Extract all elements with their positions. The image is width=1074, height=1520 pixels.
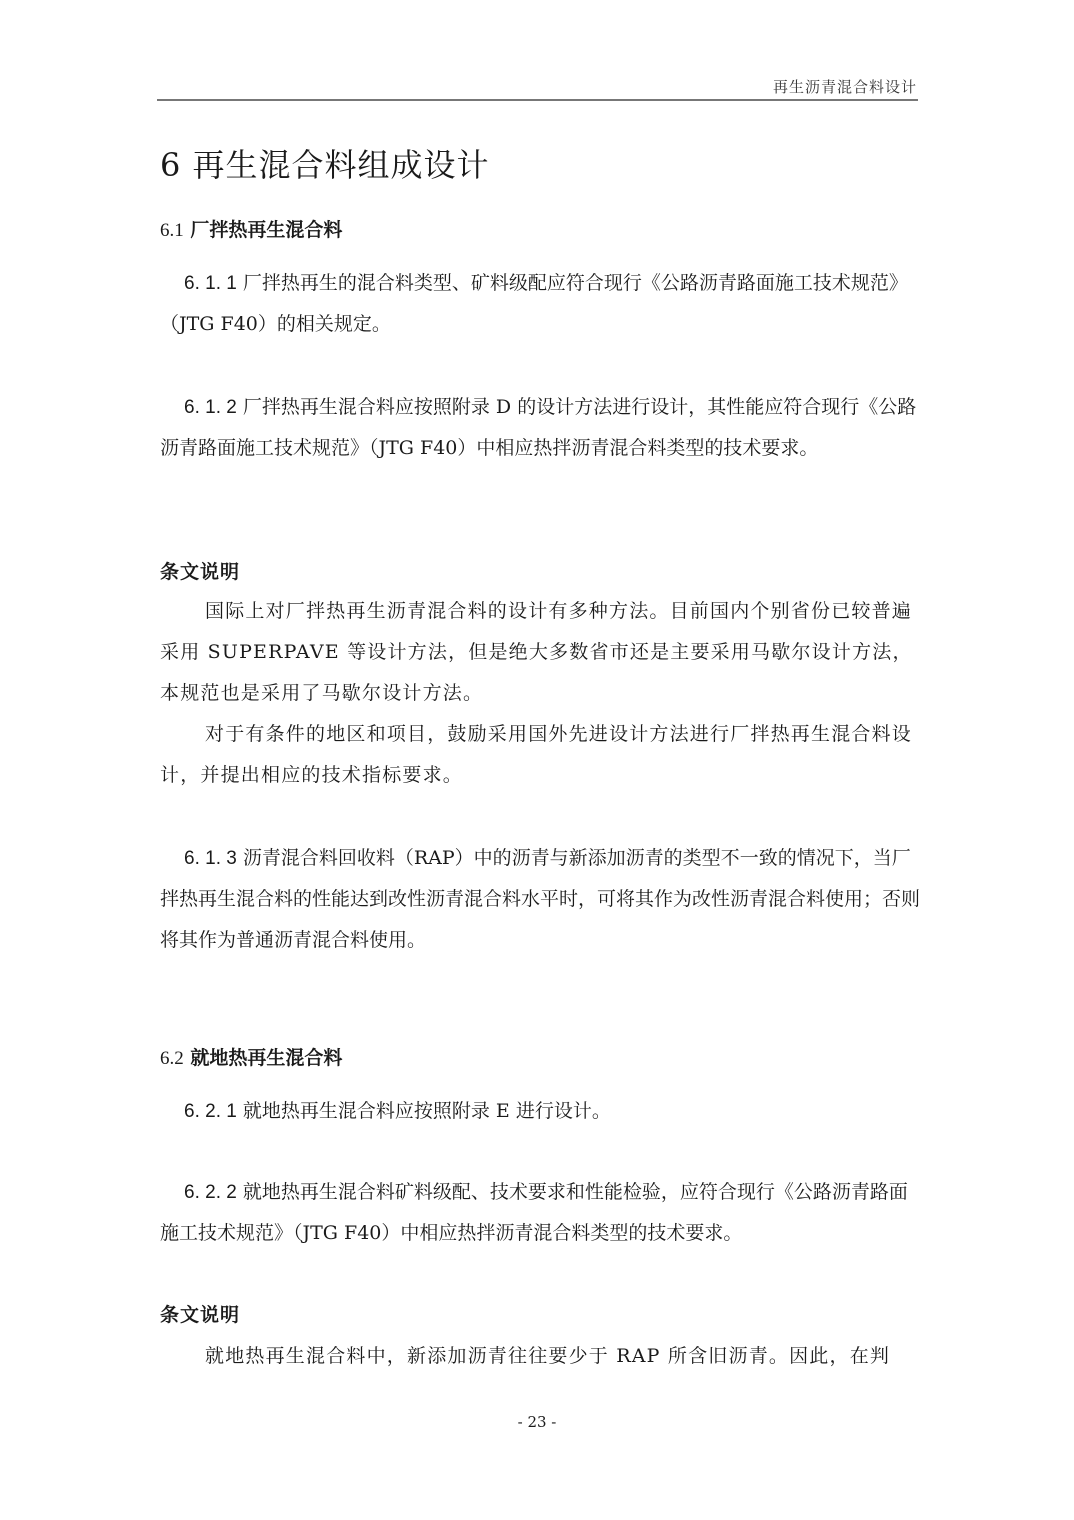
clause-number: 6. 1. 2	[184, 397, 237, 418]
note-title: 条文说明	[160, 1300, 240, 1327]
clause-number: 6. 1. 3	[184, 848, 237, 869]
clause-6-2-2: 6. 2. 2 就地热再生混合料矿料级配、技术要求和性能检验，应符合现行《公路沥…	[160, 1172, 920, 1254]
section-heading: 厂拌热再生混合料	[190, 219, 342, 241]
section-title-6-2: 6.2 就地热再生混合料	[160, 1043, 342, 1070]
page-number: - 23 -	[0, 1413, 1074, 1431]
clause-text: 沥青混合料回收料（RAP）中的沥青与新添加沥青的类型不一致的情况下，当厂拌热再生…	[160, 847, 920, 951]
clause-6-1-1: 6. 1. 1 厂拌热再生的混合料类型、矿料级配应符合现行《公路沥青路面施工技术…	[160, 263, 920, 345]
chapter-title: 6 再生混合料组成设计	[160, 140, 490, 186]
section-number: 6.2	[160, 1048, 184, 1069]
note-paragraph: 国际上对厂拌热再生沥青混合料的设计有多种方法。目前国内个别省份已较普遍采用 SU…	[160, 591, 920, 714]
clause-text: 厂拌热再生的混合料类型、矿料级配应符合现行《公路沥青路面施工技术规范》（JTG …	[160, 272, 908, 335]
clause-number: 6. 1. 1	[184, 273, 237, 294]
section-title-6-1: 6.1 厂拌热再生混合料	[160, 215, 342, 242]
section-heading: 就地热再生混合料	[190, 1047, 342, 1069]
note-paragraph: 对于有条件的地区和项目，鼓励采用国外先进设计方法进行厂拌热再生混合料设计，并提出…	[160, 714, 920, 796]
clause-number: 6. 2. 1	[184, 1101, 237, 1122]
clause-text: 就地热再生混合料矿料级配、技术要求和性能检验，应符合现行《公路沥青路面施工技术规…	[160, 1181, 908, 1244]
note-paragraph: 就地热再生混合料中，新添加沥青往往要少于 RAP 所含旧沥青。因此，在判	[160, 1336, 920, 1377]
clause-6-2-1: 6. 2. 1 就地热再生混合料应按照附录 E 进行设计。	[160, 1091, 920, 1132]
clause-6-1-2: 6. 1. 2 厂拌热再生混合料应按照附录 D 的设计方法进行设计，其性能应符合…	[160, 387, 920, 469]
clause-text: 厂拌热再生混合料应按照附录 D 的设计方法进行设计，其性能应符合现行《公路沥青路…	[160, 396, 916, 459]
clause-number: 6. 2. 2	[184, 1182, 237, 1203]
clause-6-1-3: 6. 1. 3 沥青混合料回收料（RAP）中的沥青与新添加沥青的类型不一致的情况…	[160, 838, 920, 961]
running-header: 再生沥青混合料设计	[773, 76, 917, 97]
section-number: 6.1	[160, 220, 184, 241]
header-divider	[157, 99, 918, 101]
clause-text: 就地热再生混合料应按照附录 E 进行设计。	[243, 1100, 611, 1122]
note-title: 条文说明	[160, 557, 240, 584]
